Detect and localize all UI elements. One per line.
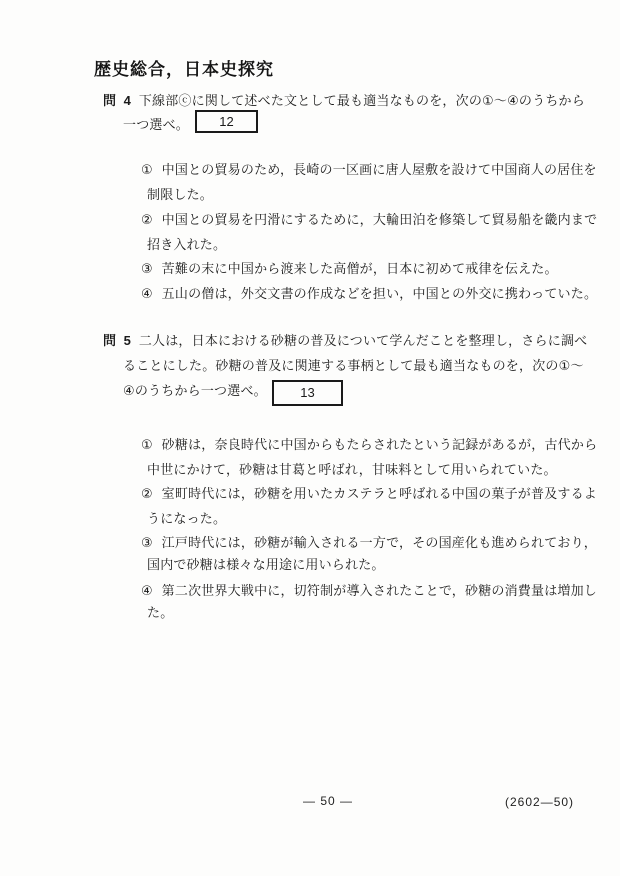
page-title: 歴史総合，日本史探究 (94, 55, 274, 80)
q4-option-2-line-1: ② 中国との貿易を円滑にするために，大輪田泊を修築して貿易船を畿内まで (141, 212, 597, 227)
q5-option-4-text: 第二次世界大戦中に，切符制が導入されたことで，砂糖の消費量は増加し (162, 583, 597, 598)
exam-page: 歴史総合，日本史探究 問 4 下線部ⓒに関して述べた文として最も適当なものを，次… (0, 0, 620, 876)
q5-prompt-line-2: ることにした。砂糖の普及に関連する事柄として最も適当なものを，次の①～ (123, 358, 584, 373)
q5-prompt-line-1: 問 5 二人は，日本における砂糖の普及について学んだことを整理し，さらに調べ (103, 333, 587, 348)
q5-option-4-line-2: た。 (147, 605, 173, 620)
q5-option-2-text: 室町時代には，砂糖を用いたカステラと呼ばれる中国の菓子が普及するよ (162, 486, 597, 501)
q5-option-3-line-2: 国内で砂糖は様々な用途に用いられた。 (147, 557, 385, 572)
q4-option-3-text: 苦難の末に中国から渡来した高僧が，日本に初めて戒律を伝えた。 (162, 261, 558, 276)
q4-option-1-line-2: 制限した。 (147, 187, 213, 202)
q4-prompt-text-1: 下線部ⓒに関して述べた文として最も適当なものを，次の①～④のうちから (139, 93, 585, 108)
q4-answer-number-box: 12 (195, 110, 258, 133)
q4-option-2-circled-number: ② (141, 212, 153, 227)
q5-label: 問 5 (103, 333, 135, 348)
q5-answer-number-box: 13 (272, 380, 343, 406)
q4-option-3-line-1: ③ 苦難の末に中国から渡来した高僧が，日本に初めて戒律を伝えた。 (141, 261, 558, 276)
q4-option-2-text: 中国との貿易を円滑にするために，大輪田泊を修築して貿易船を畿内まで (162, 212, 598, 227)
q5-option-1-line-2: 中世にかけて，砂糖は甘葛と呼ばれ，甘味料として用いられていた。 (147, 462, 557, 477)
q4-option-3-circled-number: ③ (141, 261, 153, 276)
q4-option-4-circled-number: ④ (141, 286, 153, 301)
q5-option-1-text: 砂糖は，奈良時代に中国からもたらされたという記録があるが，古代から (162, 437, 598, 452)
q4-prompt-line-1: 問 4 下線部ⓒに関して述べた文として最も適当なものを，次の①～④のうちから (103, 93, 585, 108)
q5-option-2-circled-number: ② (141, 486, 153, 501)
q5-option-3-circled-number: ③ (141, 535, 153, 550)
q4-option-4-text: 五山の僧は，外交文書の作成などを担い，中国との外交に携わっていた。 (162, 286, 597, 301)
q4-option-1-text: 中国との貿易のため，長崎の一区画に唐人屋敷を設けて中国商人の居住を (162, 162, 597, 177)
q5-option-4-line-1: ④ 第二次世界大戦中に，切符制が導入されたことで，砂糖の消費量は増加し (141, 583, 597, 598)
q5-option-2-line-2: うになった。 (147, 511, 226, 526)
q4-option-1-line-1: ① 中国との貿易のため，長崎の一区画に唐人屋敷を設けて中国商人の居住を (141, 162, 597, 177)
footer-page-number: — 50 — (303, 794, 353, 808)
q5-prompt-line-3: ④のうちから一つ選べ。 (123, 383, 267, 398)
q5-prompt-text-1: 二人は，日本における砂糖の普及について学んだことを整理し，さらに調べ (139, 333, 588, 348)
q5-option-3-text: 江戸時代には，砂糖が輸入される一方で，その国産化も進められており， (162, 535, 597, 550)
footer-doc-code: (2602—50) (505, 795, 574, 809)
q4-option-2-line-2: 招き入れた。 (147, 237, 226, 252)
q5-option-4-circled-number: ④ (141, 583, 153, 598)
q4-option-1-circled-number: ① (141, 162, 153, 177)
q5-option-3-line-1: ③ 江戸時代には，砂糖が輸入される一方で，その国産化も進められており， (141, 535, 597, 550)
q5-option-2-line-1: ② 室町時代には，砂糖を用いたカステラと呼ばれる中国の菓子が普及するよ (141, 486, 597, 501)
q5-option-1-line-1: ① 砂糖は，奈良時代に中国からもたらされたという記録があるが，古代から (141, 437, 597, 452)
q4-label: 問 4 (103, 93, 135, 108)
q4-option-4-line-1: ④ 五山の僧は，外交文書の作成などを担い，中国との外交に携わっていた。 (141, 286, 597, 301)
q5-option-1-circled-number: ① (141, 437, 153, 452)
q4-prompt-line-2: 一つ選べ。 (123, 117, 189, 132)
